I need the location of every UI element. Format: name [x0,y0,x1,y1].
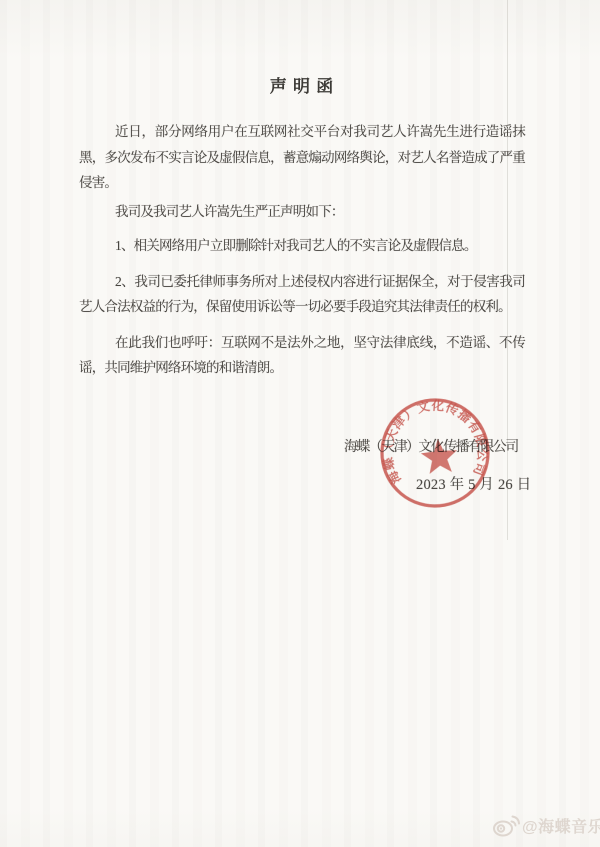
watermark: @海蝶音乐 [490,812,600,838]
seal-star-icon [420,437,459,474]
seal-rim-text: 海蝶（天津）文化传播有限公司 [375,393,492,487]
document-body: 声 明 函 近日，部分网络用户在互联网社交平台对我司艺人许嵩先生进行造谣抹黑，多… [79,0,525,381]
paragraph-intro: 近日，部分网络用户在互联网社交平台对我司艺人许嵩先生进行造谣抹黑，多次发布不实言… [79,119,525,196]
document-page: 声 明 函 近日，部分网络用户在互联网社交平台对我司艺人许嵩先生进行造谣抹黑，多… [0,0,600,847]
document-title: 声 明 函 [79,76,525,97]
seal-rim-text-holder: 海蝶（天津）文化传播有限公司 [375,393,492,487]
paragraph-appeal: 在此我们也呼吁：互联网不是法外之地，坚守法律底线，不造谣、不传谣，共同维护网络环… [79,330,525,381]
company-seal-graphic: 海蝶（天津）文化传播有限公司 [373,391,497,515]
paragraph-item-2: 2、我司已委托律师事务所对上述侵权内容进行证据保全，对于侵害我司艺人合法权益的行… [79,269,525,320]
company-seal: 海蝶（天津）文化传播有限公司 [373,391,497,515]
paragraph-declaration: 我司及我司艺人许嵩先生严正声明如下： [79,199,525,225]
watermark-text: @海蝶音乐 [522,814,600,837]
paragraph-item-1: 1、相关网络用户立即删除针对我司艺人的不实言论及虚假信息。 [79,233,525,259]
weibo-icon [490,812,520,838]
